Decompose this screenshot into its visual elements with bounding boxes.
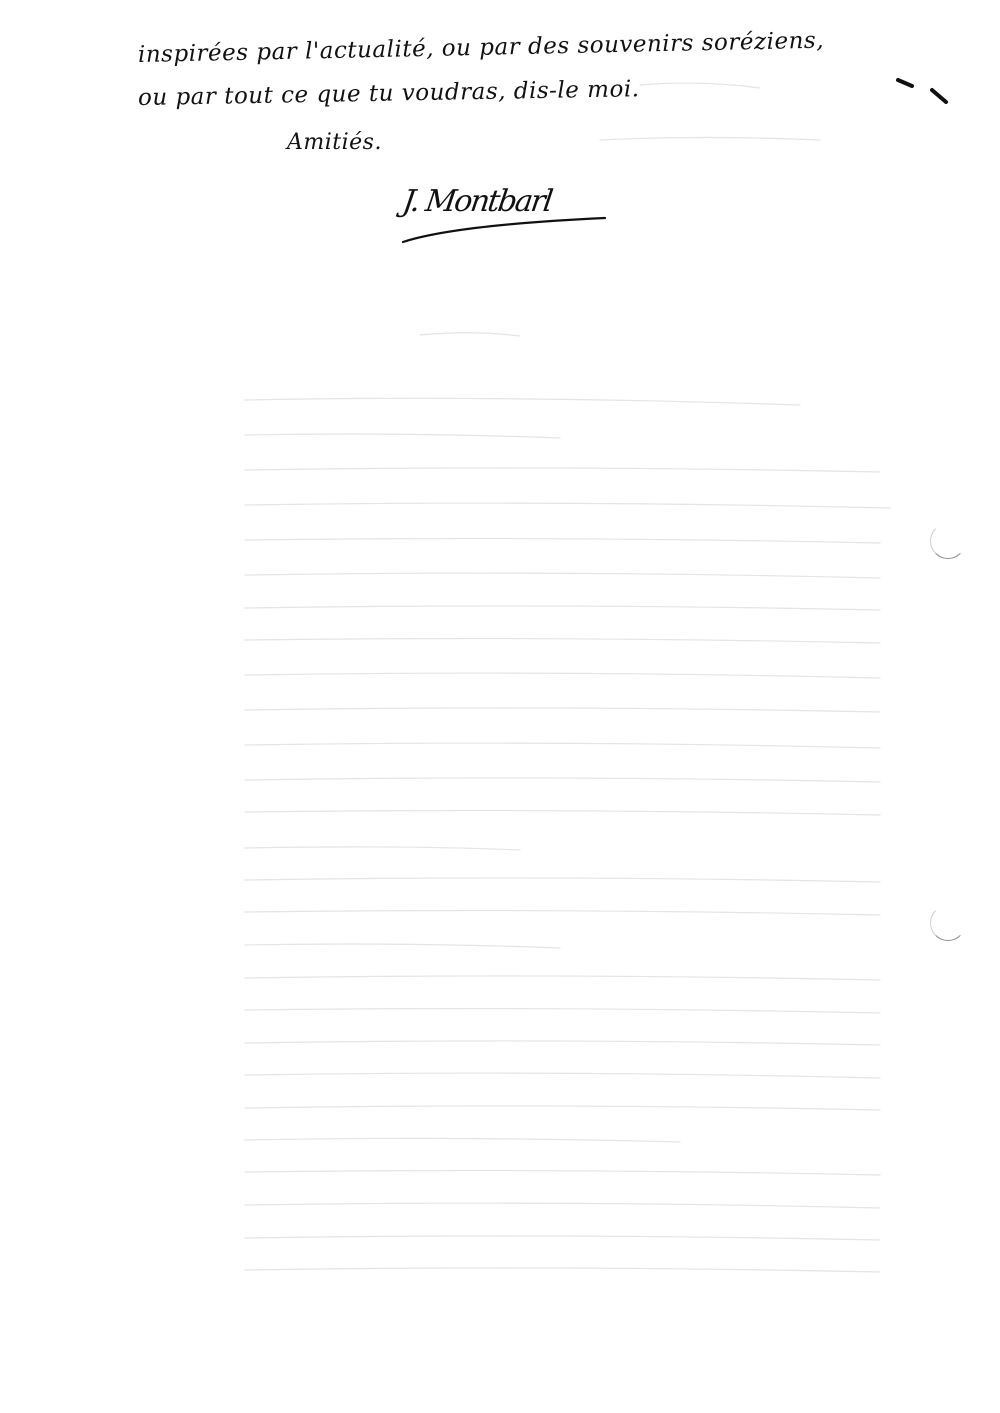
letter-closing: Amitiés. <box>287 130 382 155</box>
punch-hole <box>930 523 966 559</box>
letter-line-1: inspirées par l'actualité, ou par des so… <box>138 28 825 68</box>
signature: J. Montbarl <box>395 180 615 250</box>
ink-marks <box>890 72 960 112</box>
signature-underline <box>395 180 615 250</box>
punch-hole <box>930 905 966 941</box>
letter-line-2: ou par tout ce que tu voudras, dis-le mo… <box>138 76 640 111</box>
